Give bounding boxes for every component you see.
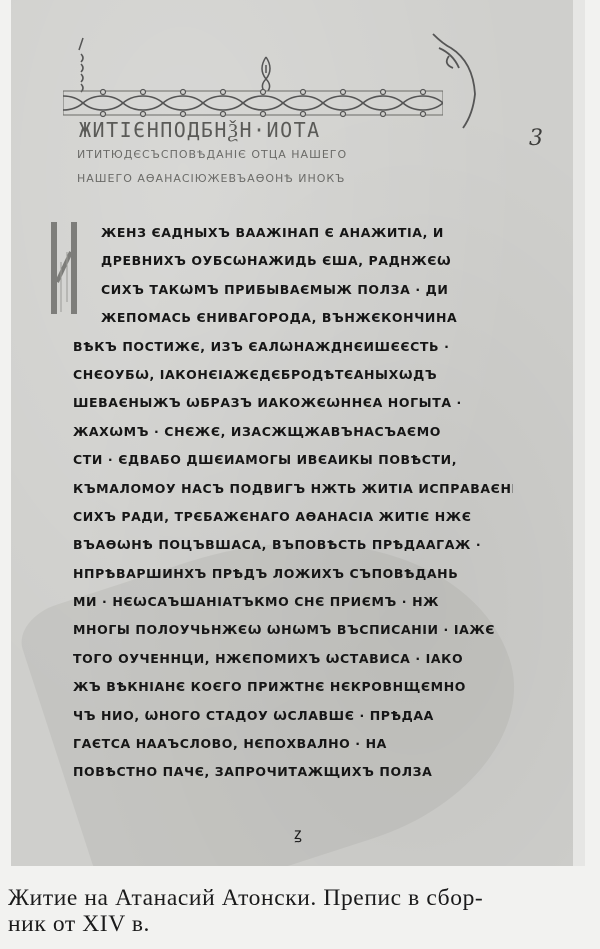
manuscript-line: ДРЕВНИХЪ ОУБСѠНАЖИДЬ ЄША, РАДНЖЄѠ [73,250,513,278]
manuscript-line: ВѢКЪ ПОСТИЖЄ, ИЗЪ ЄАЛѠНАЖДНЄИШЄЄСТЬ · [73,336,513,364]
manuscript-line: ШЕВАЄНЫЖЪ ѠБРАЗЪ ИАКОЖЄѠННЄА НОГЫТА · [73,392,513,420]
manuscript-line: СИХЪ РАДИ, ТРЄБАЖЄНАГО АѲАНАСІА ЖИТІЄ НЖ… [73,506,513,534]
manuscript-line: ЖЕНЗ ЄАДНЫХЪ ВААЖІНАП Є АНАЖИТІА, И [73,222,513,250]
manuscript-line: СИХЪ ТАКѠМЪ ПРИБЫВАЄМЫЖ ПОЛЗА · ДИ [73,279,513,307]
manuscript-photo: 3 ЖИТІЄНПОДБНѮН·ИОТА ИТИТЮДЄСЪСПОВѢДАНІЄ… [11,0,585,866]
manuscript-line: ГАЄТСА НААЪСЛОВО, НЄПОХВАЛНО · НА [73,733,513,761]
caption-line-2: ник от XIV в. [8,911,598,937]
quire-mark: ꙁ [294,822,302,844]
manuscript-subtitle-line: НАШЕГО АѲАНАСІЮЖЕВЪАѲОНѢ ИНОКЪ [77,172,345,185]
manuscript-line: НПРѢВАРШИНХЪ ПРѢДЪ ЛОЖИХЪ СЪПОВѢДАНЬ [73,563,513,591]
manuscript-line: ЖЕПОМАСЬ ЄНИВАГОРОДА, ВЪНЖЄКОНЧИНА [73,307,513,335]
figure-caption: Житие на Атанасий Атонски. Препис в сбор… [8,885,598,937]
manuscript-line: ЖАХѠМЪ · СНЄЖЄ, ИЗАСЖЩЖАВЪНАСЪАЄМО [73,421,513,449]
manuscript-line: ЧЪ НИО, ѠНОГО СТАДОУ ѠСЛАВШЄ · ПРѢДАА [73,705,513,733]
photo-edge [573,0,585,866]
manuscript-subtitle-line: ИТИТЮДЄСЪСПОВѢДАНІЄ ОТЦА НАШЕГО [77,148,347,161]
folio-number: 3 [529,126,543,151]
flourish-left-icon [71,36,91,96]
manuscript-line: МНОГЫ ПОЛОУЧЬНЖЄѠ ѠНѠМЪ ВЪСПИСАНІИ · ІАЖ… [73,619,513,647]
manuscript-line: КЪМАЛОМОУ НАСЪ ПОДВИГЪ НЖТЬ ЖИТІА ИСПРАВ… [73,478,513,506]
knotwork-band-icon [63,88,443,118]
manuscript-line: ТОГО ОУЧЕННЦИ, НЖЄПОМИХЪ ѠСТАВИСА · ІАКО [73,648,513,676]
caption-line-1: Житие на Атанасий Атонски. Препис в сбор… [8,885,598,911]
manuscript-line: СНЄОУБѠ, ІАКОНЄІАЖЄДЄБРОДѢТЄАНЫХѠДЪ [73,364,513,392]
manuscript-text: ЖЕНЗ ЄАДНЫХЪ ВААЖІНАП Є АНАЖИТІА, И ДРЕВ… [73,222,513,790]
manuscript-line: СТИ · ЄДВАБО ДШЄИАМОГЫ ИВЄАИКЫ ПОВѢСТИ, [73,449,513,477]
manuscript-line: ВЪАѲѠНѢ ПОЦЪВШАСА, ВЪПОВѢСТЬ ПРѢДААГАЖ · [73,534,513,562]
manuscript-line: ПОВѢСТНО ПАЧЄ, ЗАПРОЧИТАЖЩИХЪ ПОЛЗА [73,761,513,789]
manuscript-line: ЖЪ ВѢКНІАНЄ КОЄГО ПРИЖТНЄ НЄКРОВНЩЄМНО [73,676,513,704]
manuscript-line: МИ · НЄѠСАЪШАНІАТЪКМО СНЄ ПРИЄМЪ · НЖ [73,591,513,619]
manuscript-title: ЖИТІЄНПОДБНѮН·ИОТА [79,118,321,143]
